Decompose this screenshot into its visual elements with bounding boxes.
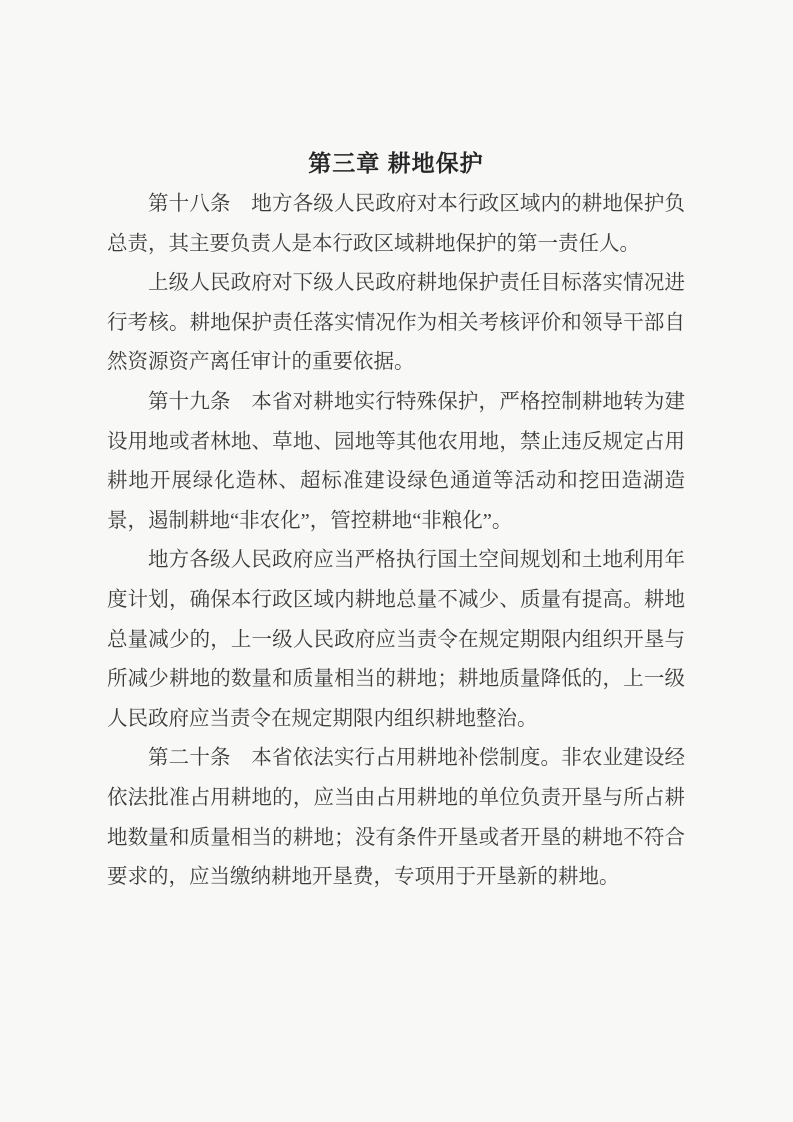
paragraph-article-19-clause-2: 地方各级人民政府应当严格执行国土空间规划和土地利用年度计划，确保本行政区域内耕地… (107, 541, 685, 739)
paragraph-article-18-clause-1: 第十八条 地方各级人民政府对本行政区域内的耕地保护负总责，其主要负责人是本行政区… (107, 185, 685, 264)
paragraph-article-18-clause-2: 上级人民政府对下级人民政府耕地保护责任目标落实情况进行考核。耕地保护责任落实情况… (107, 264, 685, 383)
paragraph-article-20-clause-1: 第二十条 本省依法实行占用耕地补偿制度。非农业建设经依法批准占用耕地的，应当由占… (107, 739, 685, 897)
chapter-title: 第三章 耕地保护 (107, 148, 685, 178)
document-page: 第三章 耕地保护 第十八条 地方各级人民政府对本行政区域内的耕地保护负总责，其主… (0, 0, 793, 1122)
paragraph-article-19-clause-1: 第十九条 本省对耕地实行特殊保护，严格控制耕地转为建设用地或者林地、草地、园地等… (107, 383, 685, 541)
document-body: 第十八条 地方各级人民政府对本行政区域内的耕地保护负总责，其主要负责人是本行政区… (107, 185, 685, 898)
